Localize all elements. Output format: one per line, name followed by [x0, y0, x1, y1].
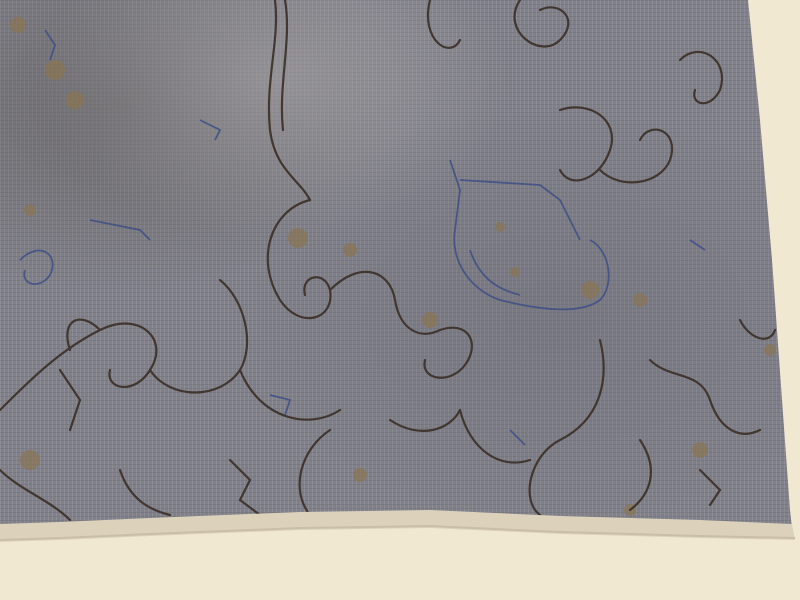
- rug-photo: [0, 0, 800, 600]
- photo-scene: [0, 0, 800, 600]
